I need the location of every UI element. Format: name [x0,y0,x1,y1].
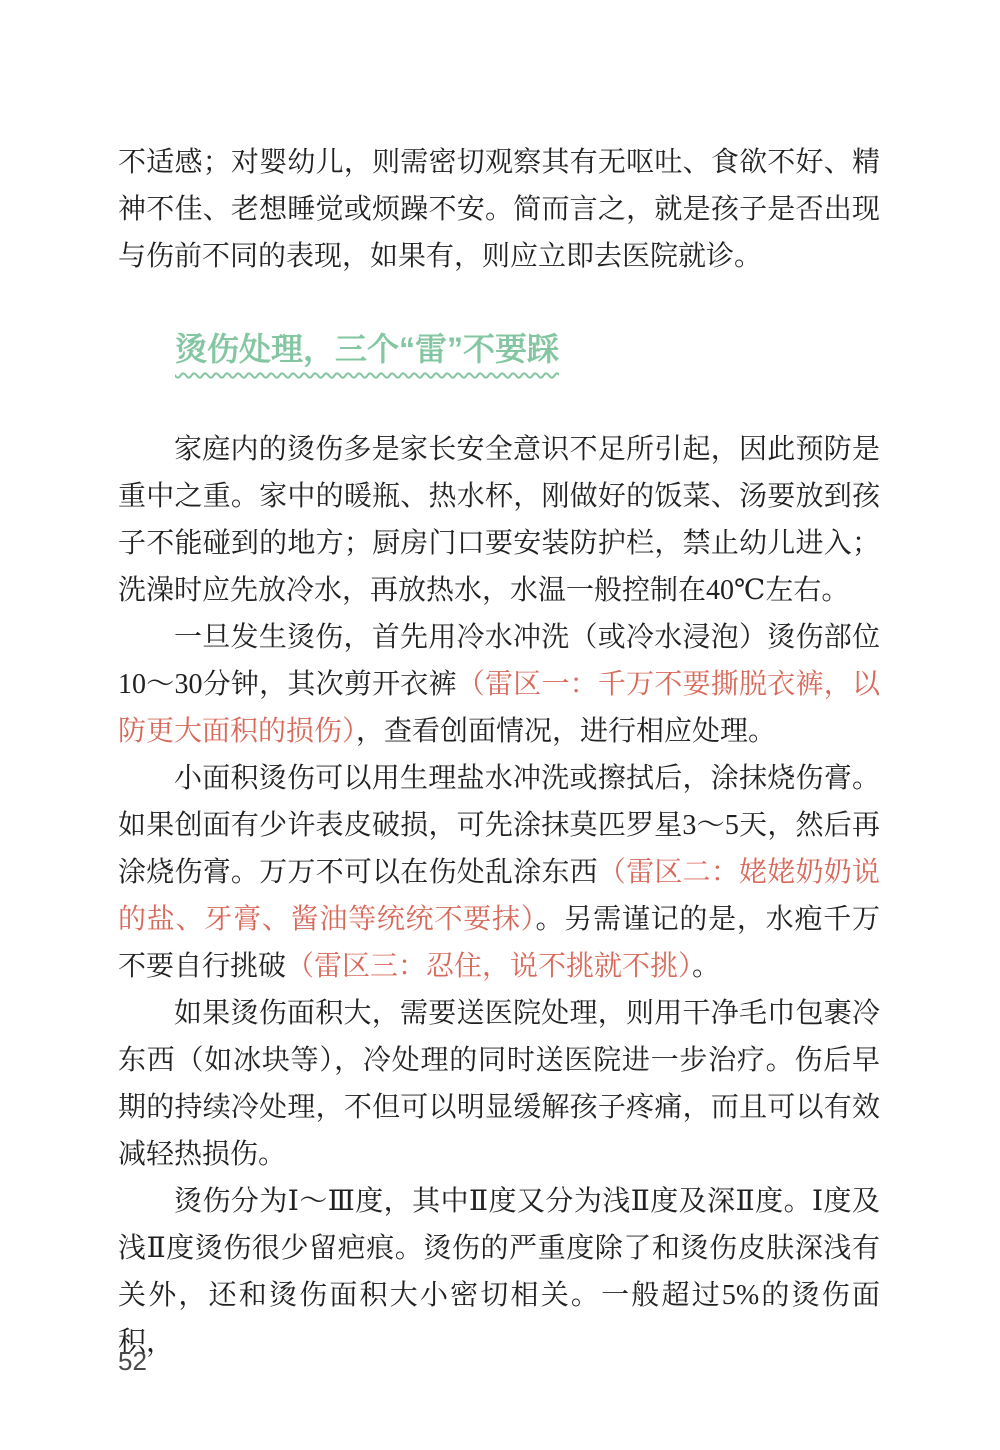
paragraph-prevention: 家庭内的烫伤多是家长安全意识不足所引起，因此预防是重中之重。家中的暖瓶、热水杯，… [118,426,880,614]
text-run: 。 [692,951,720,982]
paragraph-observe-infant: 不适感；对婴幼儿，则需密切观察其有无呕吐、食欲不好、精神不佳、老想睡觉或烦躁不安… [118,139,880,280]
paragraph-large-area-burn: 如果烫伤面积大，需要送医院处理，则用干净毛巾包裹冷东西（如冰块等），冷处理的同时… [118,990,880,1178]
paragraph-burn-degrees: 烫伤分为Ⅰ～Ⅲ度，其中Ⅱ度又分为浅Ⅱ度及深Ⅱ度。Ⅰ度及浅Ⅱ度烫伤很少留疤痕。烫伤… [118,1178,880,1366]
warning-zone-3-text: （雷区三：忍住，说不挑就不挑） [286,951,692,982]
page-content: 不适感；对婴幼儿，则需密切观察其有无呕吐、食欲不好、精神不佳、老想睡觉或烦躁不安… [118,139,880,1366]
text-run: ，查看创面情况，进行相应处理。 [356,716,776,747]
page-number: 52 [118,1346,147,1376]
section-heading: 烫伤处理，三个“雷”不要踩 [118,328,880,370]
paragraph-small-area-burn: 小面积烫伤可以用生理盐水冲洗或擦拭后，涂抹烧伤膏。如果创面有少许表皮破损，可先涂… [118,755,880,990]
paragraph-first-aid: 一旦发生烫伤，首先用冷水冲洗（或冷水浸泡）烫伤部位10～30分钟，其次剪开衣裤（… [118,614,880,755]
section-heading-text: 烫伤处理，三个“雷”不要踩 [175,331,559,367]
